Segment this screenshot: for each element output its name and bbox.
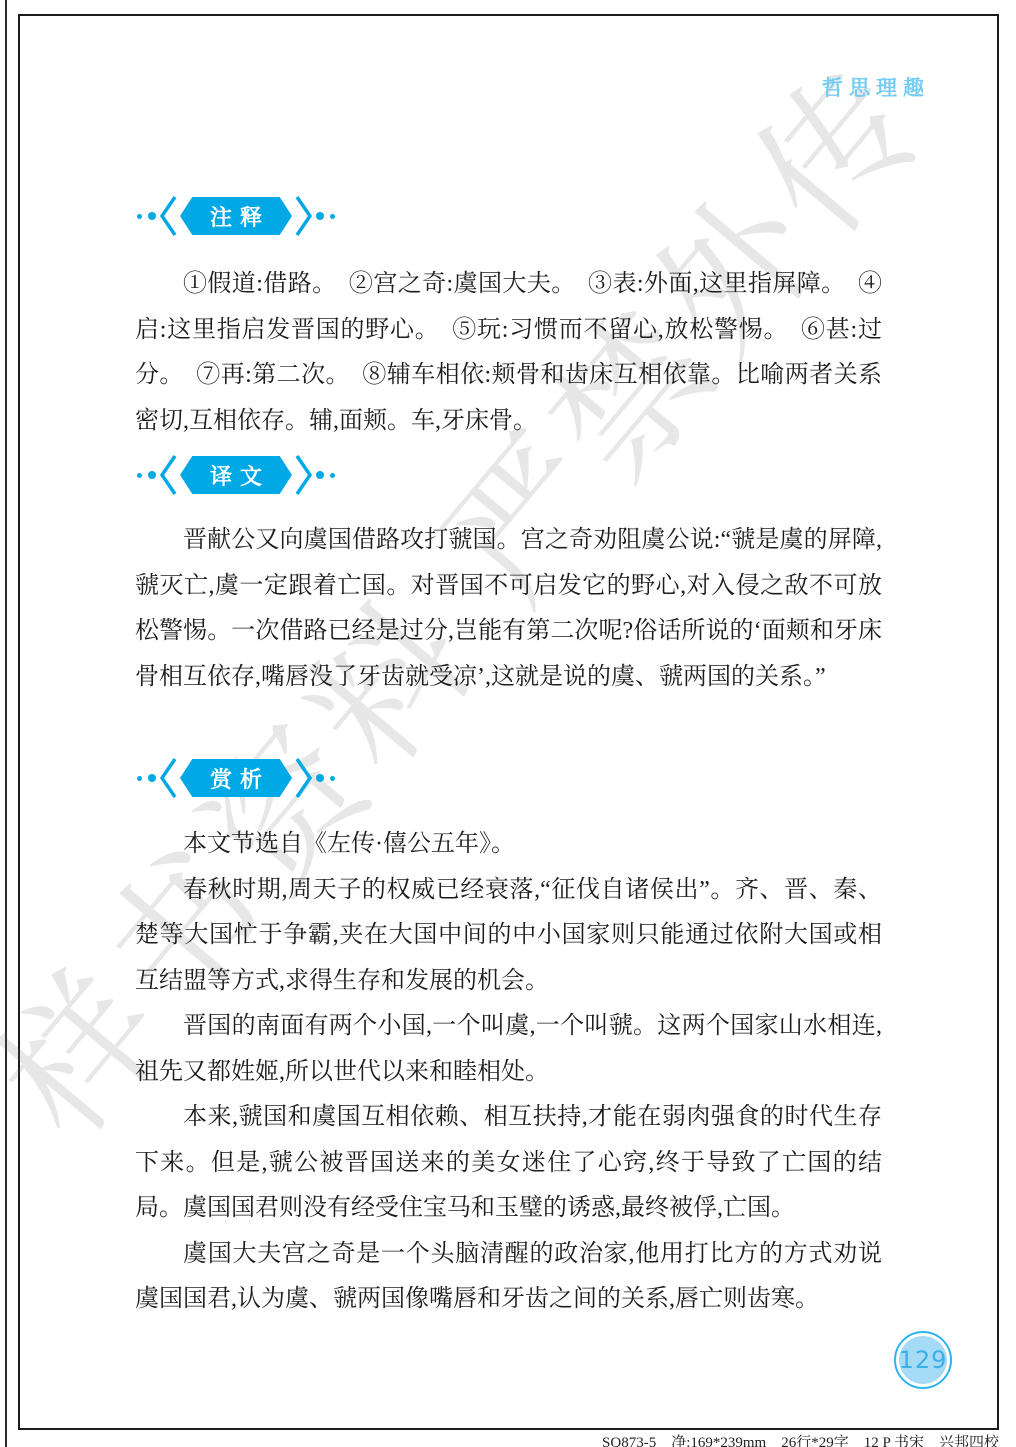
chevron-right-icon: [295, 757, 312, 799]
dot-icon: [148, 212, 156, 220]
chevron-left-icon: [160, 195, 177, 237]
chevron-right-icon: [295, 454, 312, 496]
badge-label: 译文: [202, 460, 270, 491]
badge-hexagon: 译文: [180, 456, 292, 494]
footer-print-info: SQ873-5 净:169*239mm 26行*29字 12 P 书宋 兴邦四校: [430, 1431, 999, 1447]
dot-icon: [330, 214, 335, 219]
page-content: 哲思理趣 注释 ①假道:借路。 ②宫之奇:虞国大夫。 ③表:外面,这里指屏障。 …: [0, 0, 1016, 1447]
page-number-badge: 129: [894, 1331, 952, 1389]
page-number: 129: [899, 1346, 948, 1374]
chevron-right-icon: [295, 195, 312, 237]
notes-paragraph: ①假道:借路。 ②宫之奇:虞国大夫。 ③表:外面,这里指屏障。 ④启:这里指启发…: [135, 262, 882, 444]
dot-icon: [316, 774, 324, 782]
dot-icon: [137, 473, 142, 478]
badge-label: 注释: [202, 201, 270, 232]
dot-icon: [137, 214, 142, 219]
chevron-left-icon: [160, 454, 177, 496]
translation-section-text: 晋献公又向虞国借路攻打虢国。宫之奇劝阻虞公说:“虢是虞的屏障,虢灭亡,虞一定跟着…: [135, 518, 882, 700]
dot-icon: [316, 471, 324, 479]
page-number-circle: 129: [899, 1336, 947, 1384]
badge-hexagon: 赏析: [180, 759, 292, 797]
dot-icon: [137, 776, 142, 781]
analysis-paragraph: 虞国大夫宫之奇是一个头脑清醒的政治家,他用打比方的方式劝说虞国国君,认为虞、虢两…: [135, 1232, 882, 1323]
section-badge-translation: 译文: [134, 455, 338, 495]
dot-icon: [316, 212, 324, 220]
page-header: 哲思理趣: [822, 72, 930, 102]
notes-section-text: ①假道:借路。 ②宫之奇:虞国大夫。 ③表:外面,这里指屏障。 ④启:这里指启发…: [135, 262, 882, 444]
badge-label: 赏析: [202, 763, 270, 794]
dot-icon: [330, 473, 335, 478]
translation-paragraph: 晋献公又向虞国借路攻打虢国。宫之奇劝阻虞公说:“虢是虞的屏障,虢灭亡,虞一定跟着…: [135, 518, 882, 700]
dot-icon: [148, 774, 156, 782]
analysis-section-text: 本文节选自《左传·僖公五年》。 春秋时期,周天子的权威已经衰落,“征伐自诸侯出”…: [135, 822, 882, 1323]
analysis-paragraph: 晋国的南面有两个小国,一个叫虞,一个叫虢。这两个国家山水相连,祖先又都姓姬,所以…: [135, 1004, 882, 1095]
dot-icon: [148, 471, 156, 479]
analysis-paragraph: 本文节选自《左传·僖公五年》。: [135, 822, 882, 868]
badge-hexagon: 注释: [180, 197, 292, 235]
analysis-paragraph: 春秋时期,周天子的权威已经衰落,“征伐自诸侯出”。齐、晋、秦、楚等大国忙于争霸,…: [135, 868, 882, 1005]
section-badge-analysis: 赏析: [134, 758, 338, 798]
chevron-left-icon: [160, 757, 177, 799]
dot-icon: [330, 776, 335, 781]
analysis-paragraph: 本来,虢国和虞国互相依赖、相互扶持,才能在弱肉强食的时代生存下来。但是,虢公被晋…: [135, 1095, 882, 1232]
section-badge-notes: 注释: [134, 196, 338, 236]
